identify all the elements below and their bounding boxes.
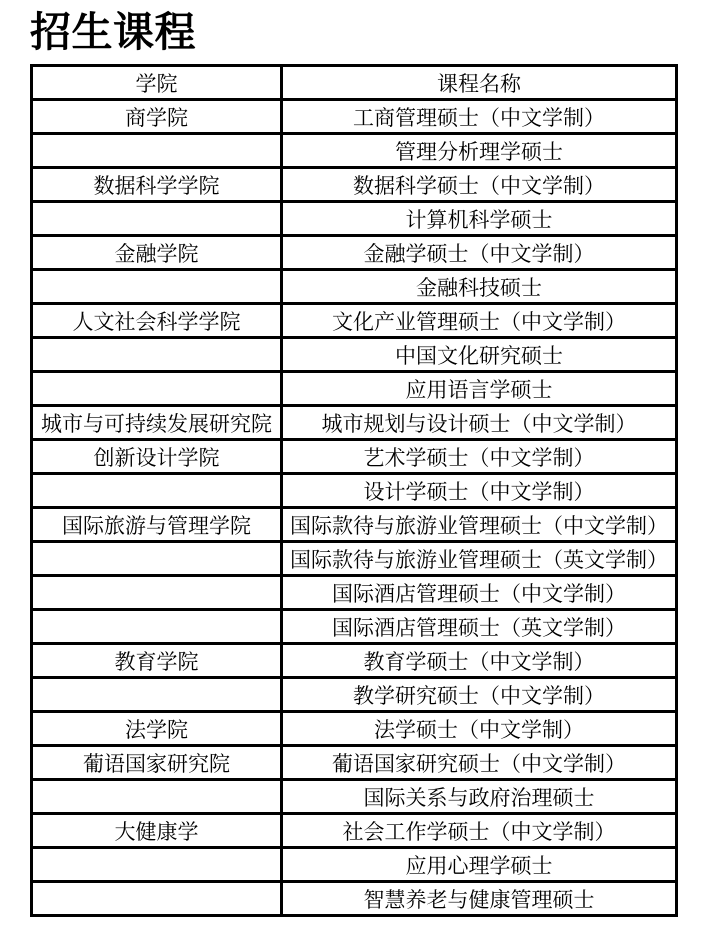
college-cell bbox=[32, 610, 282, 644]
course-cell: 国际款待与旅游业管理硕士（中文学制） bbox=[282, 508, 677, 542]
course-table: 学院 课程名称 商学院 工商管理硕士（中文学制） 管理分析理学硕士 数据科学学院… bbox=[30, 64, 678, 917]
table-row: 创新设计学院 艺术学硕士（中文学制） bbox=[32, 440, 677, 474]
course-cell: 社会工作学硕士（中文学制） bbox=[282, 814, 677, 848]
college-cell: 数据科学学院 bbox=[32, 168, 282, 202]
course-cell: 国际款待与旅游业管理硕士（英文学制） bbox=[282, 542, 677, 576]
college-cell bbox=[32, 474, 282, 508]
course-cell: 金融学硕士（中文学制） bbox=[282, 236, 677, 270]
college-cell bbox=[32, 576, 282, 610]
course-cell: 工商管理硕士（中文学制） bbox=[282, 100, 677, 134]
college-cell bbox=[32, 270, 282, 304]
table-header-row: 学院 课程名称 bbox=[32, 66, 677, 100]
course-cell: 国际酒店管理硕士（中文学制） bbox=[282, 576, 677, 610]
college-cell bbox=[32, 134, 282, 168]
college-cell bbox=[32, 678, 282, 712]
table-row: 城市与可持续发展研究院 城市规划与设计硕士（中文学制） bbox=[32, 406, 677, 440]
college-cell bbox=[32, 882, 282, 916]
table-row: 教学研究硕士（中文学制） bbox=[32, 678, 677, 712]
college-column-header: 学院 bbox=[32, 66, 282, 100]
college-cell bbox=[32, 780, 282, 814]
table-row: 应用心理学硕士 bbox=[32, 848, 677, 882]
table-row: 国际酒店管理硕士（英文学制） bbox=[32, 610, 677, 644]
course-cell: 教育学硕士（中文学制） bbox=[282, 644, 677, 678]
table-row: 葡语国家研究院 葡语国家研究硕士（中文学制） bbox=[32, 746, 677, 780]
page-title: 招生课程 bbox=[30, 10, 712, 55]
table-row: 法学院 法学硕士（中文学制） bbox=[32, 712, 677, 746]
table-row: 管理分析理学硕士 bbox=[32, 134, 677, 168]
table-row: 国际款待与旅游业管理硕士（英文学制） bbox=[32, 542, 677, 576]
table-row: 设计学硕士（中文学制） bbox=[32, 474, 677, 508]
table-row: 应用语言学硕士 bbox=[32, 372, 677, 406]
course-table-body: 商学院 工商管理硕士（中文学制） 管理分析理学硕士 数据科学学院 数据科学硕士（… bbox=[32, 100, 677, 916]
college-cell: 教育学院 bbox=[32, 644, 282, 678]
college-cell bbox=[32, 542, 282, 576]
course-cell: 国际酒店管理硕士（英文学制） bbox=[282, 610, 677, 644]
course-cell: 设计学硕士（中文学制） bbox=[282, 474, 677, 508]
course-cell: 应用语言学硕士 bbox=[282, 372, 677, 406]
college-cell bbox=[32, 202, 282, 236]
table-row: 数据科学学院 数据科学硕士（中文学制） bbox=[32, 168, 677, 202]
page: 招生课程 学院 课程名称 商学院 工商管理硕士（中文学制） 管理分析理学硕士 数… bbox=[0, 0, 712, 940]
course-cell: 国际关系与政府治理硕士 bbox=[282, 780, 677, 814]
course-cell: 计算机科学硕士 bbox=[282, 202, 677, 236]
table-row: 教育学院 教育学硕士（中文学制） bbox=[32, 644, 677, 678]
course-cell: 葡语国家研究硕士（中文学制） bbox=[282, 746, 677, 780]
table-row: 金融学院 金融学硕士（中文学制） bbox=[32, 236, 677, 270]
course-cell: 文化产业管理硕士（中文学制） bbox=[282, 304, 677, 338]
table-row: 大健康学 社会工作学硕士（中文学制） bbox=[32, 814, 677, 848]
college-cell: 大健康学 bbox=[32, 814, 282, 848]
college-cell bbox=[32, 372, 282, 406]
table-row: 智慧养老与健康管理硕士 bbox=[32, 882, 677, 916]
course-cell: 应用心理学硕士 bbox=[282, 848, 677, 882]
course-cell: 金融科技硕士 bbox=[282, 270, 677, 304]
table-row: 中国文化研究硕士 bbox=[32, 338, 677, 372]
course-cell: 城市规划与设计硕士（中文学制） bbox=[282, 406, 677, 440]
table-row: 国际关系与政府治理硕士 bbox=[32, 780, 677, 814]
table-row: 计算机科学硕士 bbox=[32, 202, 677, 236]
college-cell bbox=[32, 848, 282, 882]
table-row: 国际旅游与管理学院 国际款待与旅游业管理硕士（中文学制） bbox=[32, 508, 677, 542]
table-row: 金融科技硕士 bbox=[32, 270, 677, 304]
college-cell: 国际旅游与管理学院 bbox=[32, 508, 282, 542]
college-cell: 葡语国家研究院 bbox=[32, 746, 282, 780]
table-row: 国际酒店管理硕士（中文学制） bbox=[32, 576, 677, 610]
table-row: 人文社会科学学院 文化产业管理硕士（中文学制） bbox=[32, 304, 677, 338]
college-cell: 商学院 bbox=[32, 100, 282, 134]
course-cell: 教学研究硕士（中文学制） bbox=[282, 678, 677, 712]
course-cell: 管理分析理学硕士 bbox=[282, 134, 677, 168]
college-cell: 金融学院 bbox=[32, 236, 282, 270]
college-cell: 城市与可持续发展研究院 bbox=[32, 406, 282, 440]
course-cell: 法学硕士（中文学制） bbox=[282, 712, 677, 746]
table-row: 商学院 工商管理硕士（中文学制） bbox=[32, 100, 677, 134]
course-column-header: 课程名称 bbox=[282, 66, 677, 100]
course-cell: 艺术学硕士（中文学制） bbox=[282, 440, 677, 474]
college-cell bbox=[32, 338, 282, 372]
course-cell: 中国文化研究硕士 bbox=[282, 338, 677, 372]
course-cell: 数据科学硕士（中文学制） bbox=[282, 168, 677, 202]
course-cell: 智慧养老与健康管理硕士 bbox=[282, 882, 677, 916]
college-cell: 创新设计学院 bbox=[32, 440, 282, 474]
college-cell: 人文社会科学学院 bbox=[32, 304, 282, 338]
college-cell: 法学院 bbox=[32, 712, 282, 746]
